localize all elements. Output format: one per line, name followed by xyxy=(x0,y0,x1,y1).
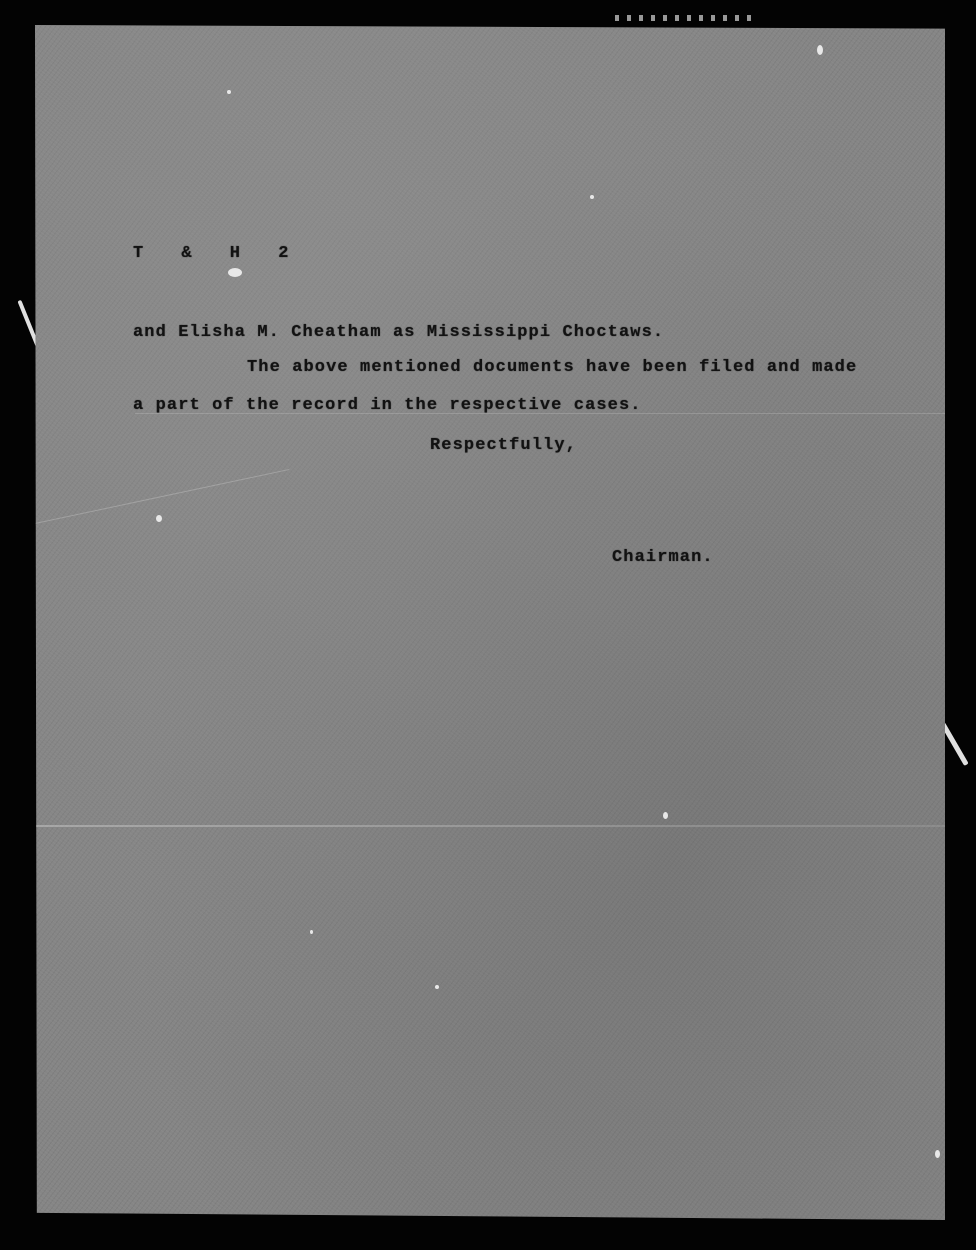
paper-speck xyxy=(227,90,231,94)
paper-crease xyxy=(35,469,290,524)
paper-speck xyxy=(935,1150,940,1158)
signature-title: Chairman. xyxy=(612,548,714,567)
paper-speck xyxy=(663,812,668,819)
scan-debris xyxy=(615,15,755,21)
body-line-1: and Elisha M. Cheatham as Mississippi Ch… xyxy=(133,323,664,342)
header-code: T & H 2 xyxy=(133,244,302,263)
paper-speck xyxy=(590,195,594,199)
body-line-3: a part of the record in the respective c… xyxy=(133,396,642,415)
paper-speck xyxy=(156,515,162,522)
paper-speck xyxy=(228,268,242,277)
document-page xyxy=(35,25,945,1220)
scan-background: T & H 2 and Elisha M. Cheatham as Missis… xyxy=(0,0,976,1250)
paper-speck xyxy=(310,930,313,934)
closing: Respectfully, xyxy=(430,436,577,455)
paper-speck xyxy=(817,45,823,55)
body-line-2: The above mentioned documents have been … xyxy=(247,358,857,377)
paper-speck xyxy=(435,985,439,989)
paper-fold-line xyxy=(35,825,945,827)
